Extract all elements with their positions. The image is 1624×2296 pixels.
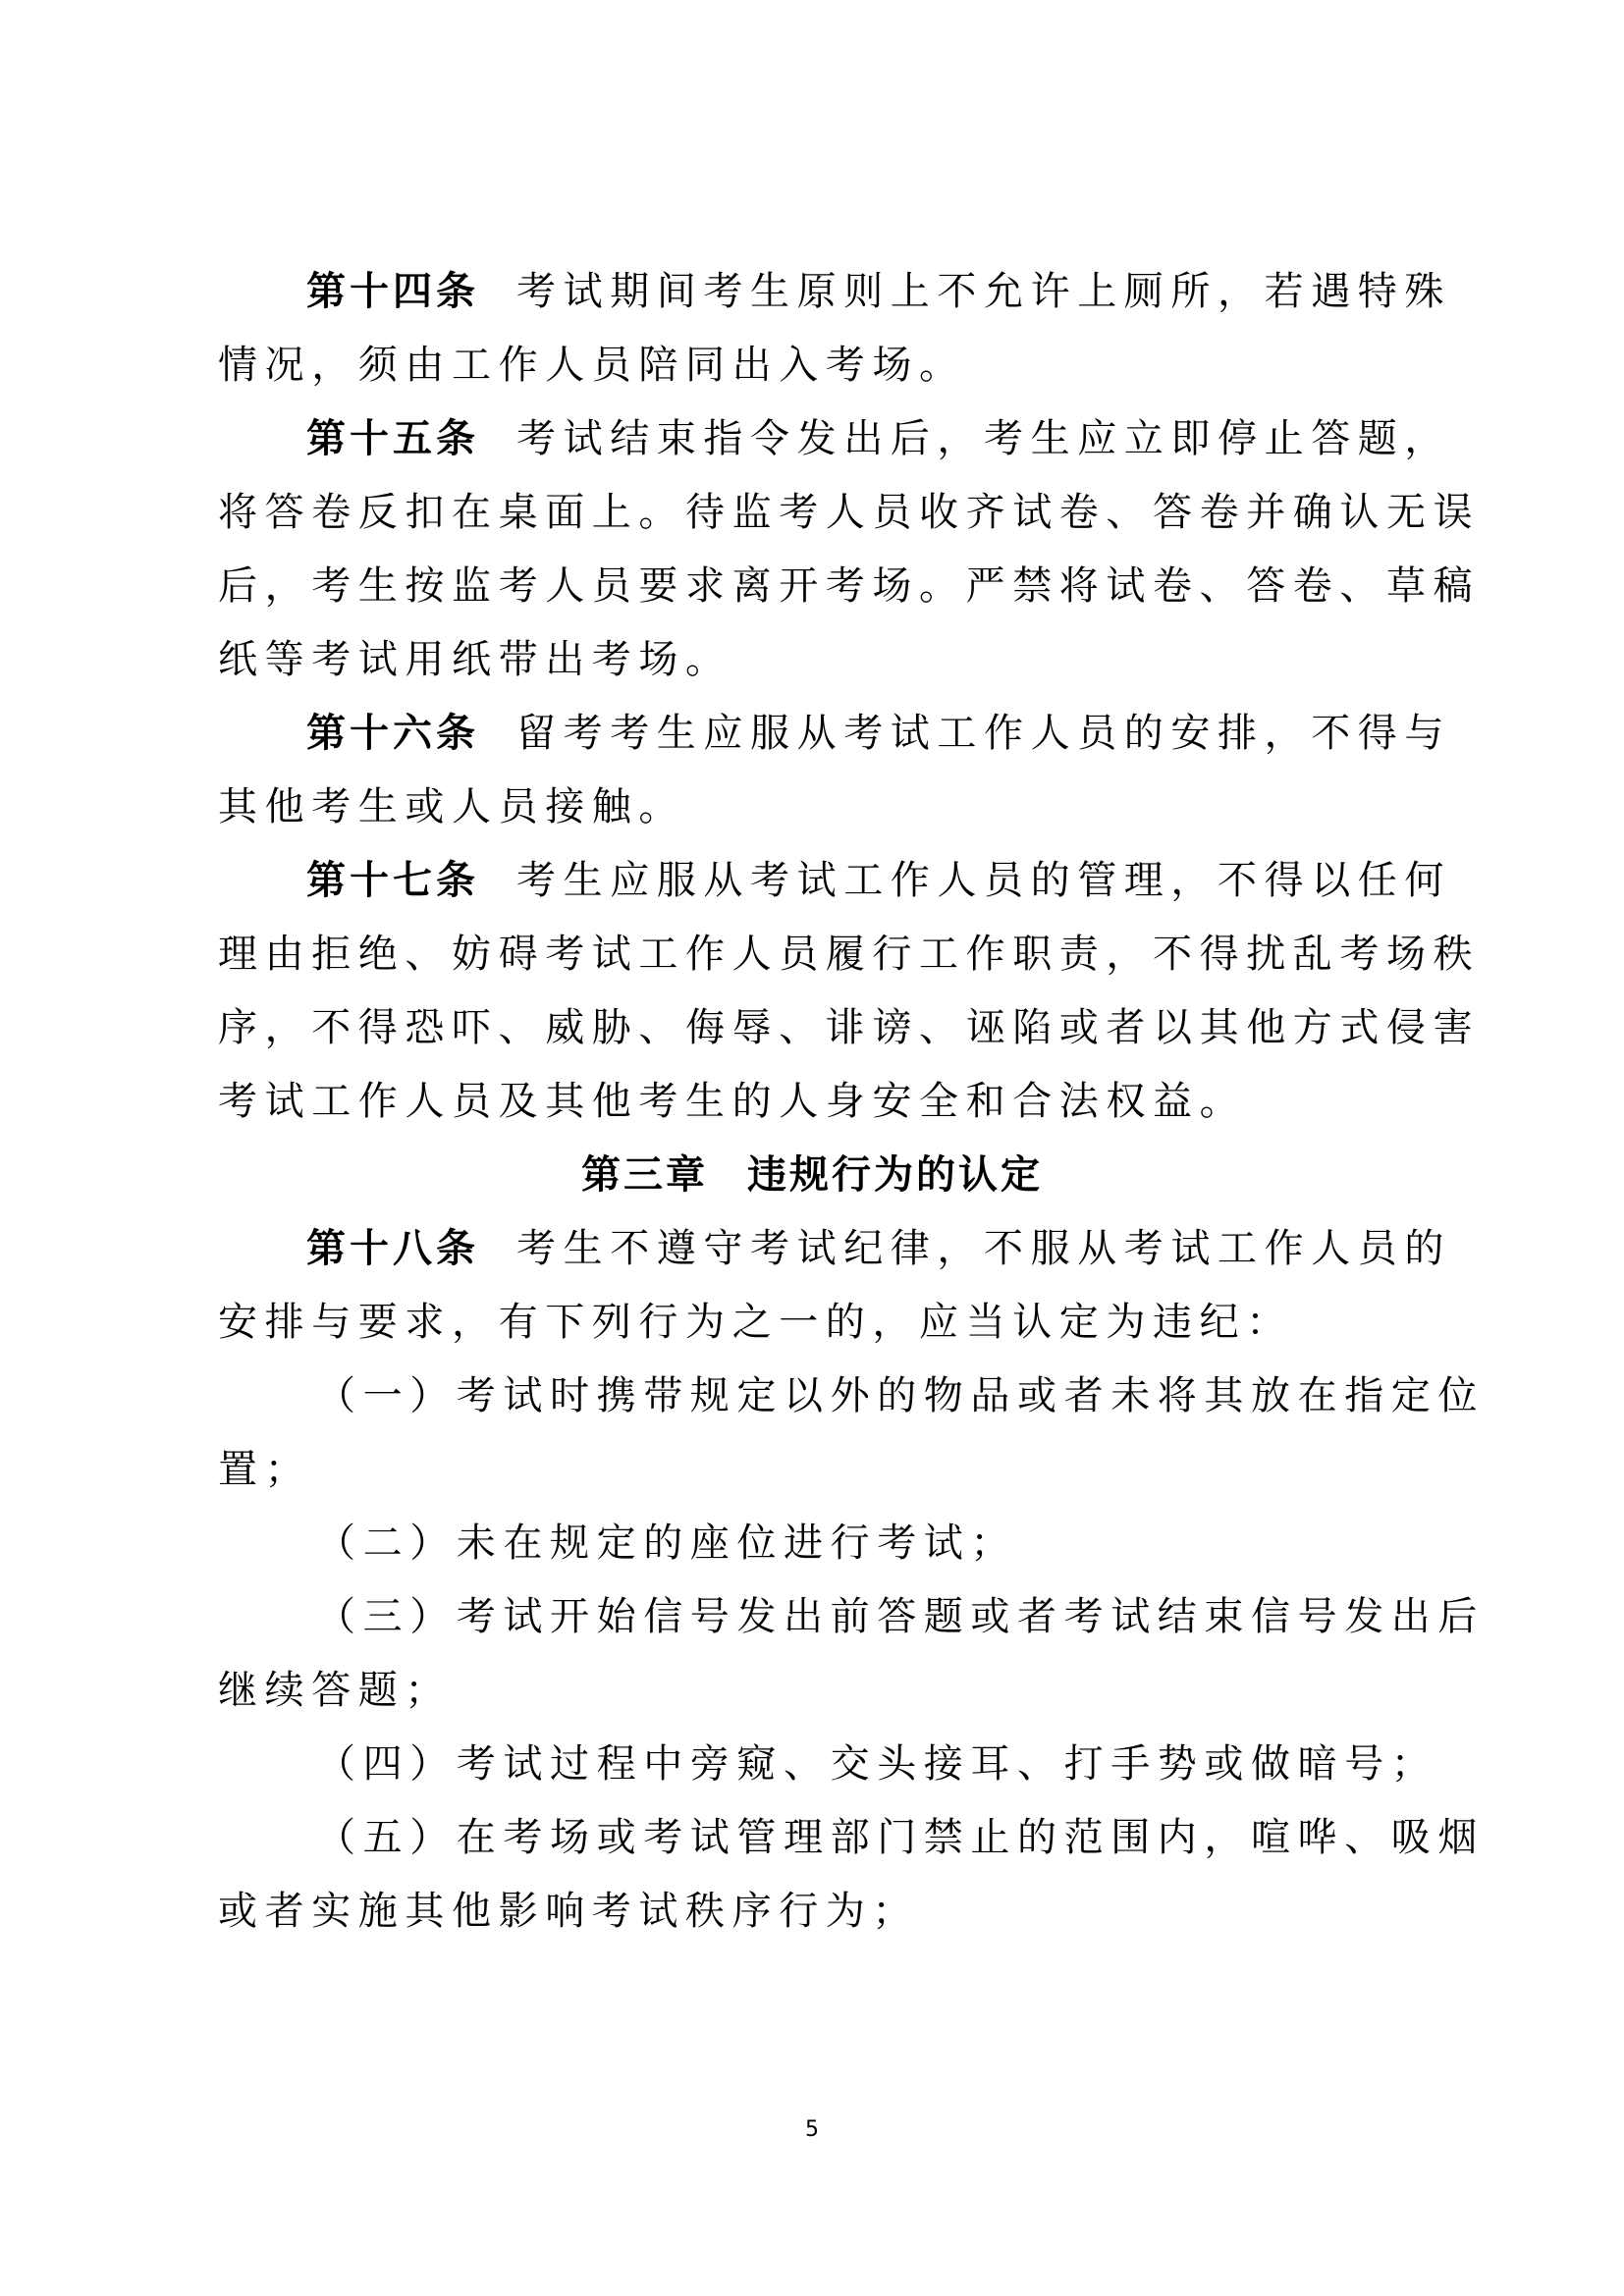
article-15-line-4: 纸等考试用纸带出考场。	[218, 635, 1411, 684]
article-14-line-2: 情况，须由工作人员陪同出入考场。	[218, 341, 1411, 390]
article-16-line-2: 其他考生或人员接触。	[218, 782, 1411, 831]
article-text: 考试结束指令发出后，考生应立即停止答题，	[516, 416, 1451, 461]
article-label: 第十八条	[306, 1226, 479, 1271]
article-text: 留考考生应服从考试工作人员的安排，不得与	[516, 711, 1451, 756]
article-text: 考试期间考生原则上不允许上厕所，若遇特殊	[516, 269, 1451, 314]
chapter-title: 违规行为的认定	[747, 1152, 1043, 1198]
chapter-heading: 第三章违规行为的认定	[0, 1150, 1624, 1200]
article-17-line-3: 序，不得恐吓、威胁、侮辱、诽谤、诬陷或者以其他方式侵害	[218, 1003, 1411, 1052]
article-17-line-1: 第十七条考生应服从考试工作人员的管理，不得以任何	[306, 856, 1499, 905]
item-5-line-2: 或者实施其他影响考试秩序行为；	[218, 1887, 1411, 1936]
article-14-line-1: 第十四条考试期间考生原则上不允许上厕所，若遇特殊	[306, 267, 1499, 316]
article-18-line-2: 安排与要求，有下列行为之一的，应当认定为违纪：	[218, 1298, 1411, 1347]
article-15-line-2: 将答卷反扣在桌面上。待监考人员收齐试卷、答卷并确认无误	[218, 488, 1411, 537]
item-1-line-2: 置；	[218, 1445, 1411, 1494]
article-17-line-4: 考试工作人员及其他考生的人身安全和合法权益。	[218, 1077, 1411, 1126]
item-3-line-2: 继续答题；	[218, 1666, 1411, 1715]
item-3-line-1: （三）考试开始信号发出前答题或者考试结束信号发出后	[316, 1592, 1509, 1641]
article-18-line-1: 第十八条考生不遵守考试纪律，不服从考试工作人员的	[306, 1224, 1499, 1273]
item-4-line-1: （四）考试过程中旁窥、交头接耳、打手势或做暗号；	[316, 1739, 1509, 1789]
article-label: 第十五条	[306, 416, 479, 461]
article-16-line-1: 第十六条留考考生应服从考试工作人员的安排，不得与	[306, 709, 1499, 758]
article-label: 第十六条	[306, 711, 479, 756]
item-1-line-1: （一）考试时携带规定以外的物品或者未将其放在指定位	[316, 1371, 1509, 1420]
article-label: 第十四条	[306, 269, 479, 314]
item-2-line-1: （二）未在规定的座位进行考试；	[316, 1519, 1509, 1568]
article-17-line-2: 理由拒绝、妨碍考试工作人员履行工作职责，不得扰乱考场秩	[218, 930, 1411, 979]
article-15-line-3: 后，考生按监考人员要求离开考场。严禁将试卷、答卷、草稿	[218, 561, 1411, 611]
item-5-line-1: （五）在考场或考试管理部门禁止的范围内，喧哗、吸烟	[316, 1813, 1509, 1862]
article-text: 考生不遵守考试纪律，不服从考试工作人员的	[516, 1226, 1451, 1271]
article-15-line-1: 第十五条考试结束指令发出后，考生应立即停止答题，	[306, 414, 1499, 463]
document-page: 第十四条考试期间考生原则上不允许上厕所，若遇特殊 情况，须由工作人员陪同出入考场…	[0, 0, 1624, 2296]
article-label: 第十七条	[306, 858, 479, 903]
page-number: 5	[0, 2115, 1624, 2145]
article-text: 考生应服从考试工作人员的管理，不得以任何	[516, 858, 1451, 903]
chapter-number: 第三章	[581, 1152, 708, 1198]
